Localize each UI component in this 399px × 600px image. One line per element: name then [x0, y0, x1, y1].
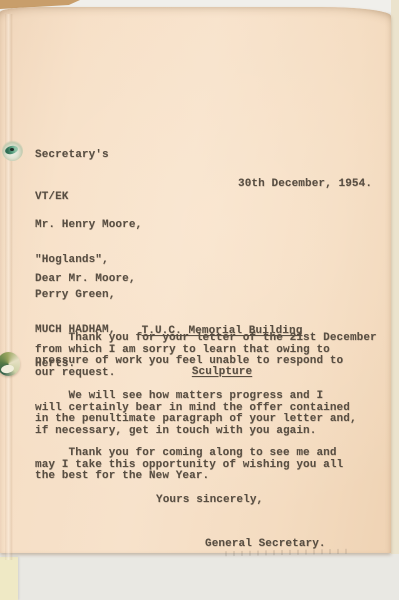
- body-paragraph-1: Thank you for your letter of the 21st De…: [35, 333, 377, 379]
- body-paragraph-3: Thank you for coming along to see me and…: [35, 448, 343, 483]
- recipient-house: "Hoglands",: [35, 255, 142, 267]
- underlying-page-right-edge: [391, 0, 399, 554]
- closing-line: Yours sincerely,: [156, 494, 263, 506]
- body-paragraph-2: We will see how matters progress and I w…: [35, 391, 357, 437]
- salutation: Dear Mr. Moore,: [35, 273, 136, 285]
- treasury-tag-fastener-top: [2, 140, 23, 161]
- letter-paper: Secretary's VT/EK 30th December, 1954. M…: [0, 7, 391, 553]
- recipient-name: Mr. Henry Moore,: [35, 220, 142, 232]
- paper-left-crease: [5, 14, 13, 560]
- scanned-letter-photo: Secretary's VT/EK 30th December, 1954. M…: [0, 0, 399, 600]
- reference-line-1: Secretary's: [35, 148, 109, 162]
- underlying-page-bottom-left-strip: [0, 557, 18, 600]
- signature-title: General Secretary.: [205, 538, 326, 550]
- date-line: 30th December, 1954.: [238, 178, 372, 190]
